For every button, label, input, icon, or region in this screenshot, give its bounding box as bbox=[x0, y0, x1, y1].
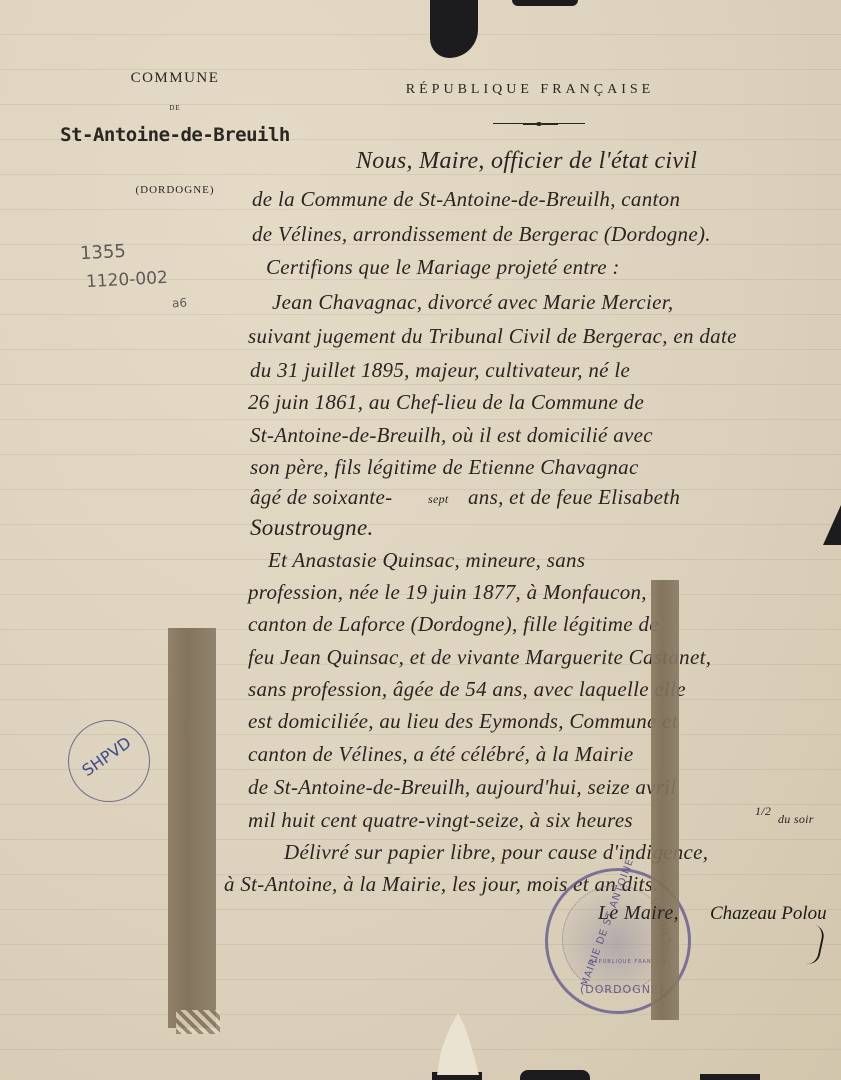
text-line: ans, et de feue Elisabeth bbox=[468, 485, 680, 510]
text-line: est domiciliée, au lieu des Eymonds, Com… bbox=[248, 709, 678, 734]
text-line: Et Anastasie Quinsac, mineure, sans bbox=[268, 548, 585, 573]
ornament-divider bbox=[493, 122, 585, 126]
text-line: mil huit cent quatre-vingt-seize, à six … bbox=[248, 808, 633, 833]
text-line: canton de Laforce (Dordogne), fille légi… bbox=[248, 612, 659, 637]
text-line: 26 juin 1861, au Chef-lieu de la Commune… bbox=[248, 390, 644, 415]
archive-number: 1355 bbox=[79, 241, 126, 264]
archive-suffix: a6 bbox=[172, 296, 188, 311]
shpvd-stamp-text: SHPVD bbox=[79, 733, 135, 780]
mayor-signature: Chazeau Polou bbox=[710, 903, 827, 925]
text-line: feu Jean Quinsac, et de vivante Margueri… bbox=[248, 645, 711, 670]
inserted-word: sept bbox=[428, 492, 449, 507]
text-line: profession, née le 19 juin 1877, à Monfa… bbox=[248, 580, 647, 605]
text-line: suivant jugement du Tribunal Civil de Be… bbox=[248, 324, 737, 349]
de-label: DE bbox=[60, 104, 290, 112]
text-line: âgé de soixante- bbox=[250, 485, 392, 510]
torn-edge bbox=[520, 1070, 590, 1080]
tape-strip bbox=[168, 628, 216, 1028]
text-line: de la Commune de St-Antoine-de-Breuilh, … bbox=[252, 187, 680, 212]
torn-edge bbox=[512, 0, 578, 6]
text-line: de St-Antoine-de-Breuilh, aujourd'hui, s… bbox=[248, 775, 677, 800]
text-line: du 31 juillet 1895, majeur, cultivateur,… bbox=[250, 358, 630, 383]
text-line: du soir bbox=[778, 812, 814, 827]
text-line: sans profession, âgée de 54 ans, avec la… bbox=[248, 677, 686, 702]
text-line: Jean Chavagnac, divorcé avec Marie Merci… bbox=[272, 290, 673, 315]
text-line: Nous, Maire, officier de l'état civil bbox=[356, 148, 697, 175]
text-line: de Vélines, arrondissement de Bergerac (… bbox=[252, 222, 711, 247]
shpvd-stamp: SHPVD bbox=[68, 720, 150, 802]
text-line: son père, fils légitime de Etienne Chava… bbox=[250, 455, 639, 480]
text-line: Délivré sur papier libre, pour cause d'i… bbox=[284, 840, 708, 865]
archive-reference: 1120-002 bbox=[86, 268, 169, 292]
text-line: Certifions que le Mariage projeté entre … bbox=[266, 255, 620, 280]
commune-label: COMMUNE bbox=[60, 70, 290, 87]
republic-heading: RÉPUBLIQUE FRANÇAISE bbox=[360, 82, 700, 98]
inserted-fraction: 1/2 bbox=[755, 804, 771, 819]
text-line: St-Antoine-de-Breuilh, où il est domicil… bbox=[250, 423, 653, 448]
tape-strip-end bbox=[176, 1010, 220, 1034]
tape-strip bbox=[651, 580, 679, 1020]
signature-title: Le Maire, bbox=[598, 902, 679, 925]
text-line: Soustrougne. bbox=[250, 515, 374, 541]
torn-edge bbox=[700, 1074, 760, 1080]
commune-name: St-Antoine-de-Breuilh bbox=[40, 124, 310, 146]
text-line: canton de Vélines, a été célébré, à la M… bbox=[248, 742, 634, 767]
